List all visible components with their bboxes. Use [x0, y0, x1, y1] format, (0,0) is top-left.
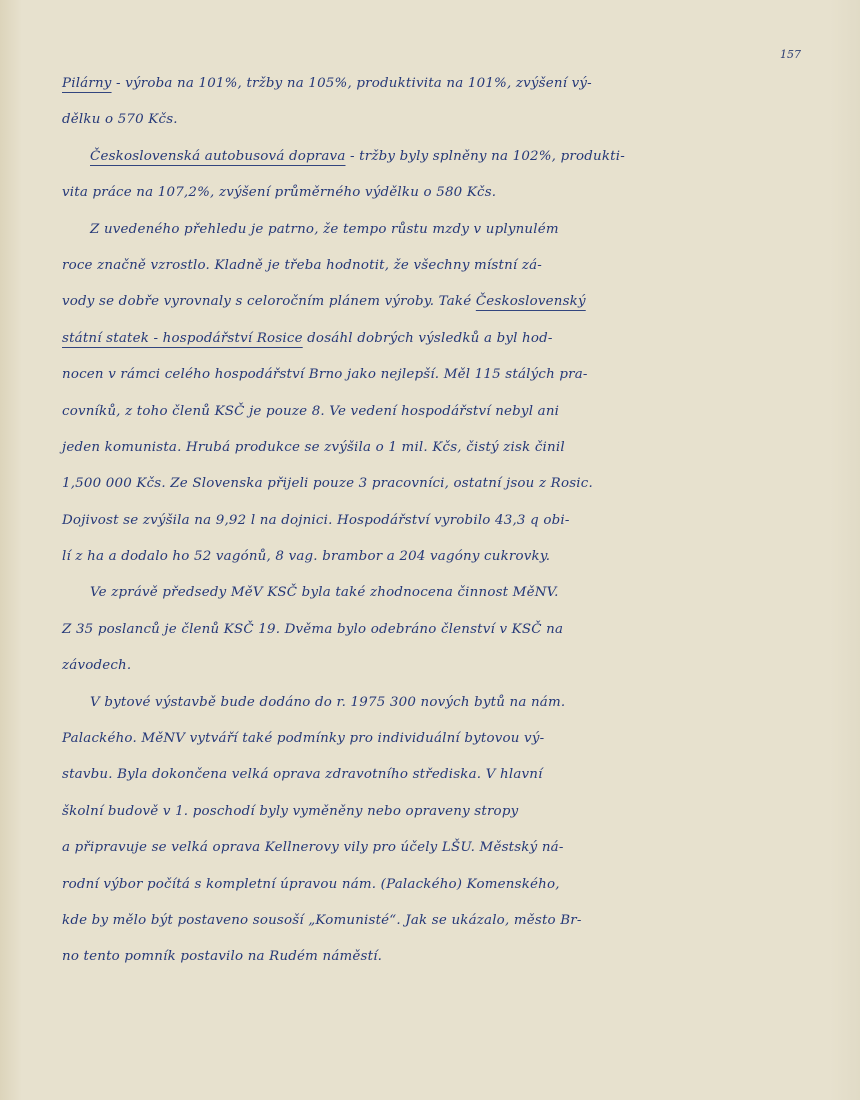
text-line: školní budově v 1. poschodí byly vyměněn…	[62, 794, 802, 830]
text-line: jeden komunista. Hrubá produkce se zvýši…	[62, 430, 802, 466]
chronicle-page: 157 Pilárny - výroba na 101%, tržby na 1…	[0, 0, 860, 1100]
text-line: vody se dobře vyrovnaly s celoročním plá…	[62, 284, 802, 320]
underlined-heading: státní statek - hospodářství Rosice	[62, 331, 303, 346]
line-text: - tržby byly splněny na 102%, produkti-	[346, 149, 625, 164]
text-line: Z 35 poslanců je členů KSČ 19. Dvěma byl…	[62, 612, 802, 648]
line-text: vody se dobře vyrovnaly s celoročním plá…	[62, 294, 476, 309]
line-text: no tento pomník postavilo na Rudém náměs…	[62, 949, 382, 964]
line-text: Z uvedeného přehledu je patrno, že tempo…	[90, 222, 559, 237]
underlined-heading: Československý	[476, 294, 586, 309]
line-text: covníků, z toho členů KSČ je pouze 8. Ve…	[62, 404, 559, 419]
text-line: dělku o 570 Kčs.	[62, 102, 802, 138]
text-line: Pilárny - výroba na 101%, tržby na 105%,…	[62, 66, 802, 102]
text-line: rodní výbor počítá s kompletní úpravou n…	[62, 867, 802, 903]
line-text: rodní výbor počítá s kompletní úpravou n…	[62, 877, 560, 892]
text-line: Ve zprávě předsedy MěV KSČ byla také zho…	[62, 575, 802, 611]
line-text: Dojivost se zvýšila na 9,92 l na dojnici…	[62, 513, 570, 528]
text-line: státní statek - hospodářství Rosice dosá…	[62, 321, 802, 357]
text-line: stavbu. Byla dokončena velká oprava zdra…	[62, 757, 802, 793]
text-line: Československá autobusová doprava - tržb…	[62, 139, 802, 175]
text-line: covníků, z toho členů KSČ je pouze 8. Ve…	[62, 394, 802, 430]
text-line: kde by mělo být postaveno sousoší „Komun…	[62, 903, 802, 939]
line-text: jeden komunista. Hrubá produkce se zvýši…	[62, 440, 565, 455]
line-text: dělku o 570 Kčs.	[62, 112, 178, 127]
line-text: lí z ha a dodalo ho 52 vagónů, 8 vag. br…	[62, 549, 550, 564]
text-line: lí z ha a dodalo ho 52 vagónů, 8 vag. br…	[62, 539, 802, 575]
text-line: Palackého. MěNV vytváří také podmínky pr…	[62, 721, 802, 757]
line-text: V bytové výstavbě bude dodáno do r. 1975…	[90, 695, 565, 710]
line-text: školní budově v 1. poschodí byly vyměněn…	[62, 804, 518, 819]
text-line: závodech.	[62, 648, 802, 684]
text-line: Z uvedeného přehledu je patrno, že tempo…	[62, 212, 802, 248]
handwritten-text-body: Pilárny - výroba na 101%, tržby na 105%,…	[62, 66, 802, 976]
line-text: stavbu. Byla dokončena velká oprava zdra…	[62, 767, 543, 782]
text-line: V bytové výstavbě bude dodáno do r. 1975…	[62, 685, 802, 721]
line-text: a připravuje se velká oprava Kellnerovy …	[62, 840, 564, 855]
line-text: Z 35 poslanců je členů KSČ 19. Dvěma byl…	[62, 622, 563, 637]
line-text: kde by mělo být postaveno sousoší „Komun…	[62, 913, 582, 928]
line-text: roce značně vzrostlo. Kladně je třeba ho…	[62, 258, 542, 273]
text-line: nocen v rámci celého hospodářství Brno j…	[62, 357, 802, 393]
line-text: 1,500 000 Kčs. Ze Slovenska přijeli pouz…	[62, 476, 593, 491]
text-line: roce značně vzrostlo. Kladně je třeba ho…	[62, 248, 802, 284]
line-text: dosáhl dobrých výsledků a byl hod-	[303, 331, 553, 346]
text-line: 1,500 000 Kčs. Ze Slovenska přijeli pouz…	[62, 466, 802, 502]
underlined-heading: Pilárny	[62, 76, 112, 91]
page-number: 157	[780, 48, 801, 61]
line-text: Ve zprávě předsedy MěV KSČ byla také zho…	[90, 585, 559, 600]
line-text: závodech.	[62, 658, 131, 673]
text-line: Dojivost se zvýšila na 9,92 l na dojnici…	[62, 503, 802, 539]
underlined-heading: Československá autobusová doprava	[90, 149, 346, 164]
line-text: Palackého. MěNV vytváří také podmínky pr…	[62, 731, 544, 746]
line-text: - výroba na 101%, tržby na 105%, produkt…	[112, 76, 592, 91]
text-line: a připravuje se velká oprava Kellnerovy …	[62, 830, 802, 866]
text-line: no tento pomník postavilo na Rudém náměs…	[62, 939, 802, 975]
text-line: vita práce na 107,2%, zvýšení průměrného…	[62, 175, 802, 211]
line-text: vita práce na 107,2%, zvýšení průměrného…	[62, 185, 496, 200]
line-text: nocen v rámci celého hospodářství Brno j…	[62, 367, 588, 382]
